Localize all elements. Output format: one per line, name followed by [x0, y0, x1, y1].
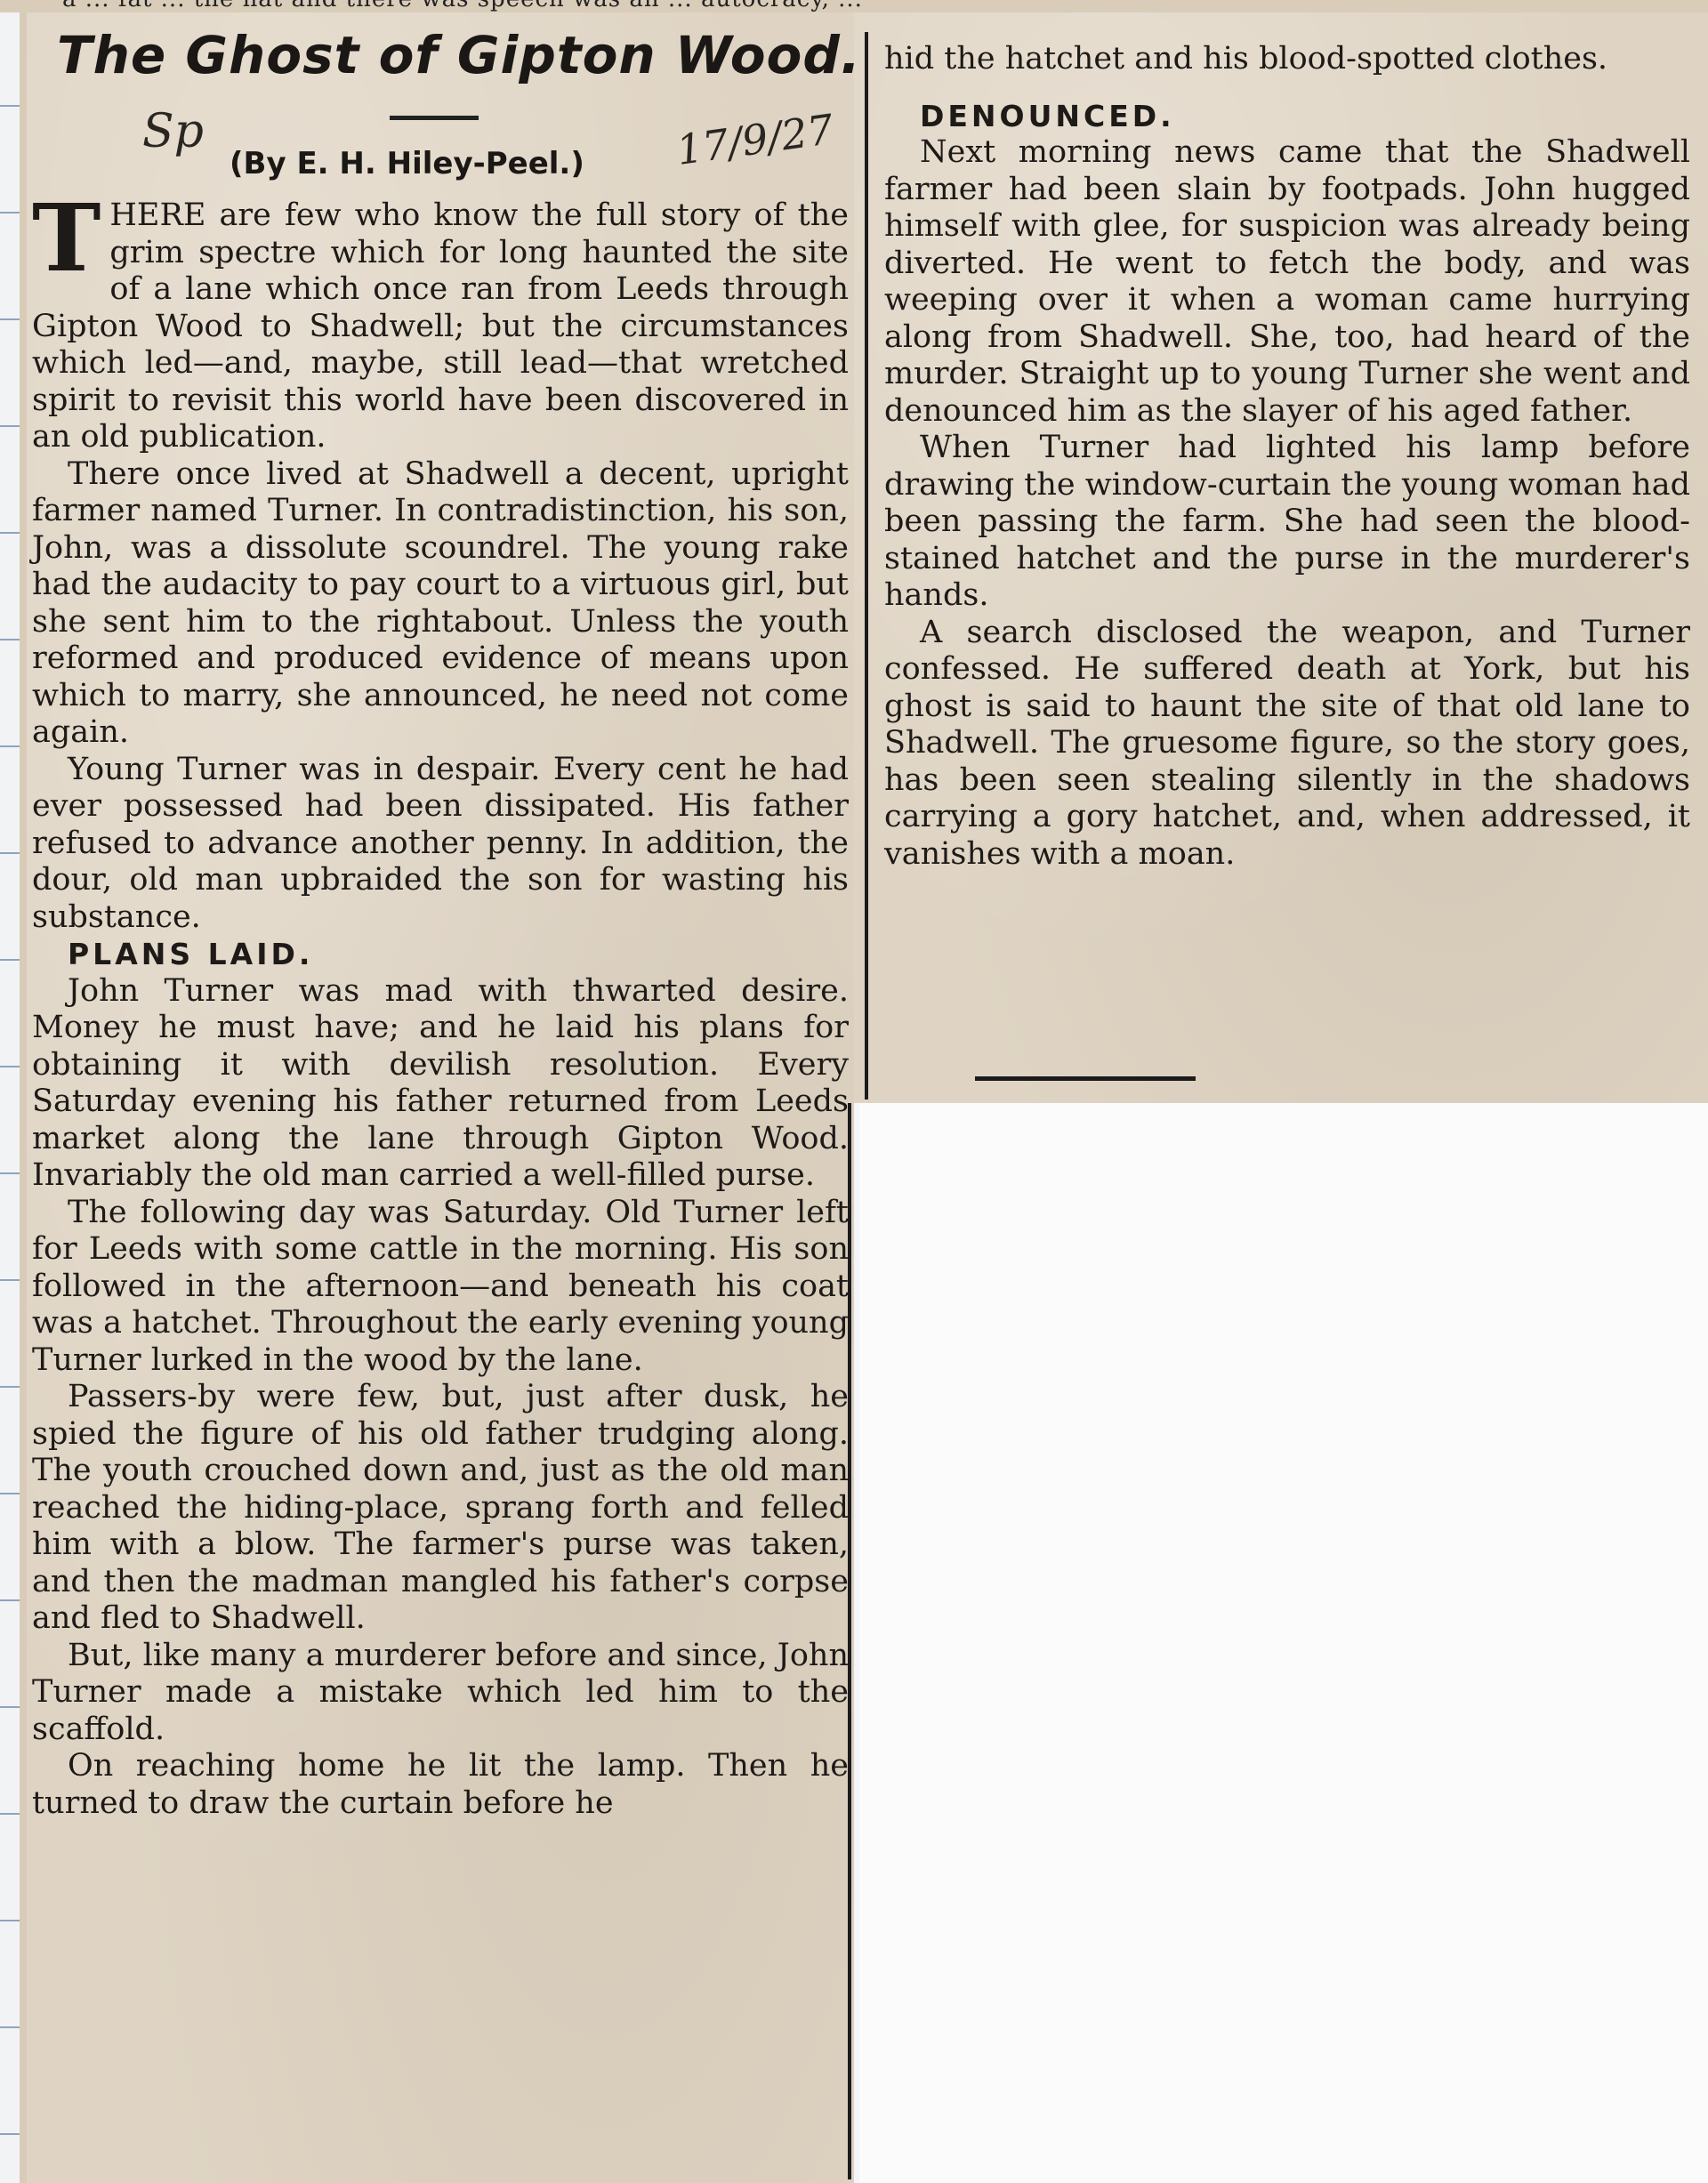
opening-paragraph: THERE are few who know the full story of… [32, 197, 849, 456]
left-column-body: THERE are few who know the full story of… [32, 197, 849, 1822]
top-cut-strip: a ... fat ... the hat and there was spee… [0, 0, 1708, 12]
column-divider [865, 32, 868, 1100]
blank-area [859, 1103, 1708, 2183]
paragraph: The following day was Saturday. Old Turn… [32, 1195, 849, 1380]
paragraph: But, like many a murderer before and sin… [32, 1638, 849, 1749]
top-strip-text: a ... fat ... the hat and there was spee… [62, 0, 863, 12]
article-title: The Ghost of Gipton Wood. [57, 25, 858, 85]
subheading-plans-laid: PLANS LAID. [32, 936, 849, 973]
article-end-rule [975, 1076, 1196, 1081]
continuation-paragraph: hid the hatchet and his blood-spotted cl… [884, 41, 1690, 78]
paragraph: Young Turner was in despair. Every cent … [32, 752, 849, 937]
paragraph: On reaching home he lit the lamp. Then h… [32, 1748, 849, 1822]
subheading-denounced: DENOUNCED. [884, 98, 1690, 135]
byline: (By E. H. Hiley-Peel.) [230, 146, 584, 181]
paragraph: A search disclosed the weapon, and Turne… [884, 615, 1690, 874]
title-rule [390, 116, 479, 120]
drop-cap: T [32, 203, 101, 274]
paragraph: Next morning news came that the Shadwell… [884, 134, 1690, 430]
paragraph: When Turner had lighted his lamp before … [884, 430, 1690, 615]
handwritten-initials: Sp [142, 105, 204, 158]
right-column-body: hid the hatchet and his blood-spotted cl… [884, 41, 1690, 873]
paragraph: John Turner was mad with thwarted desire… [32, 973, 849, 1195]
paragraph: Passers-by were few, but, just after dus… [32, 1379, 849, 1638]
paragraph: There once lived at Shadwell a decent, u… [32, 456, 849, 752]
